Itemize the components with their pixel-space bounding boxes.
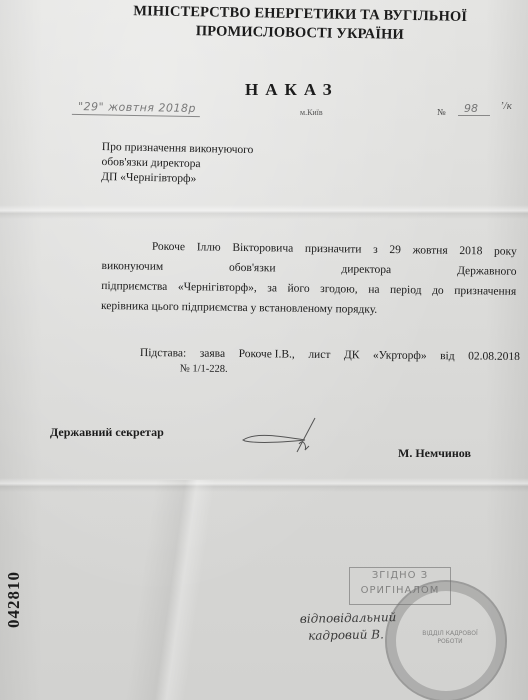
- order-number-label: №: [437, 107, 446, 117]
- serial-number: 042810: [4, 571, 24, 628]
- order-number: 98: [458, 102, 490, 116]
- subject-line: ДП «Чернігівторф»: [101, 170, 253, 188]
- order-subject: Про призначення виконуючого обов'язки ди…: [101, 140, 253, 188]
- signature-icon: [235, 410, 325, 460]
- ministry-header: МІНІСТЕРСТВО ЕНЕРГЕТИКИ ТА ВУГІЛЬНОЇ ПРО…: [120, 2, 481, 46]
- order-date: "29" жовтня 2018р: [72, 100, 200, 117]
- basis-line: № 1/1-228.: [140, 361, 520, 380]
- order-number-suffix: ʼ/к: [500, 100, 512, 112]
- order-city: м.Київ: [300, 108, 323, 117]
- order-title: НАКАЗ: [245, 80, 339, 100]
- document-page: МІНІСТЕРСТВО ЕНЕРГЕТИКИ ТА ВУГІЛЬНОЇ ПРО…: [0, 0, 528, 700]
- paper-fold: [0, 205, 528, 219]
- order-body: Рокоче Іллю Вікторовича призначити з 29 …: [101, 236, 517, 322]
- order-basis: Підстава: заява Рокоче І.В., лист ДК «Ук…: [140, 346, 520, 380]
- handwritten-certification: відповідальний кадровий В.: [300, 609, 397, 645]
- paper-fold: [125, 480, 216, 700]
- seal-text: ВІДДІЛ КАДРОВОЇ РОБОТИ: [415, 630, 485, 646]
- signatory-name: М. Немчинов: [398, 446, 471, 461]
- signatory-title: Державний секретар: [50, 425, 164, 440]
- paper-fold: [0, 478, 528, 492]
